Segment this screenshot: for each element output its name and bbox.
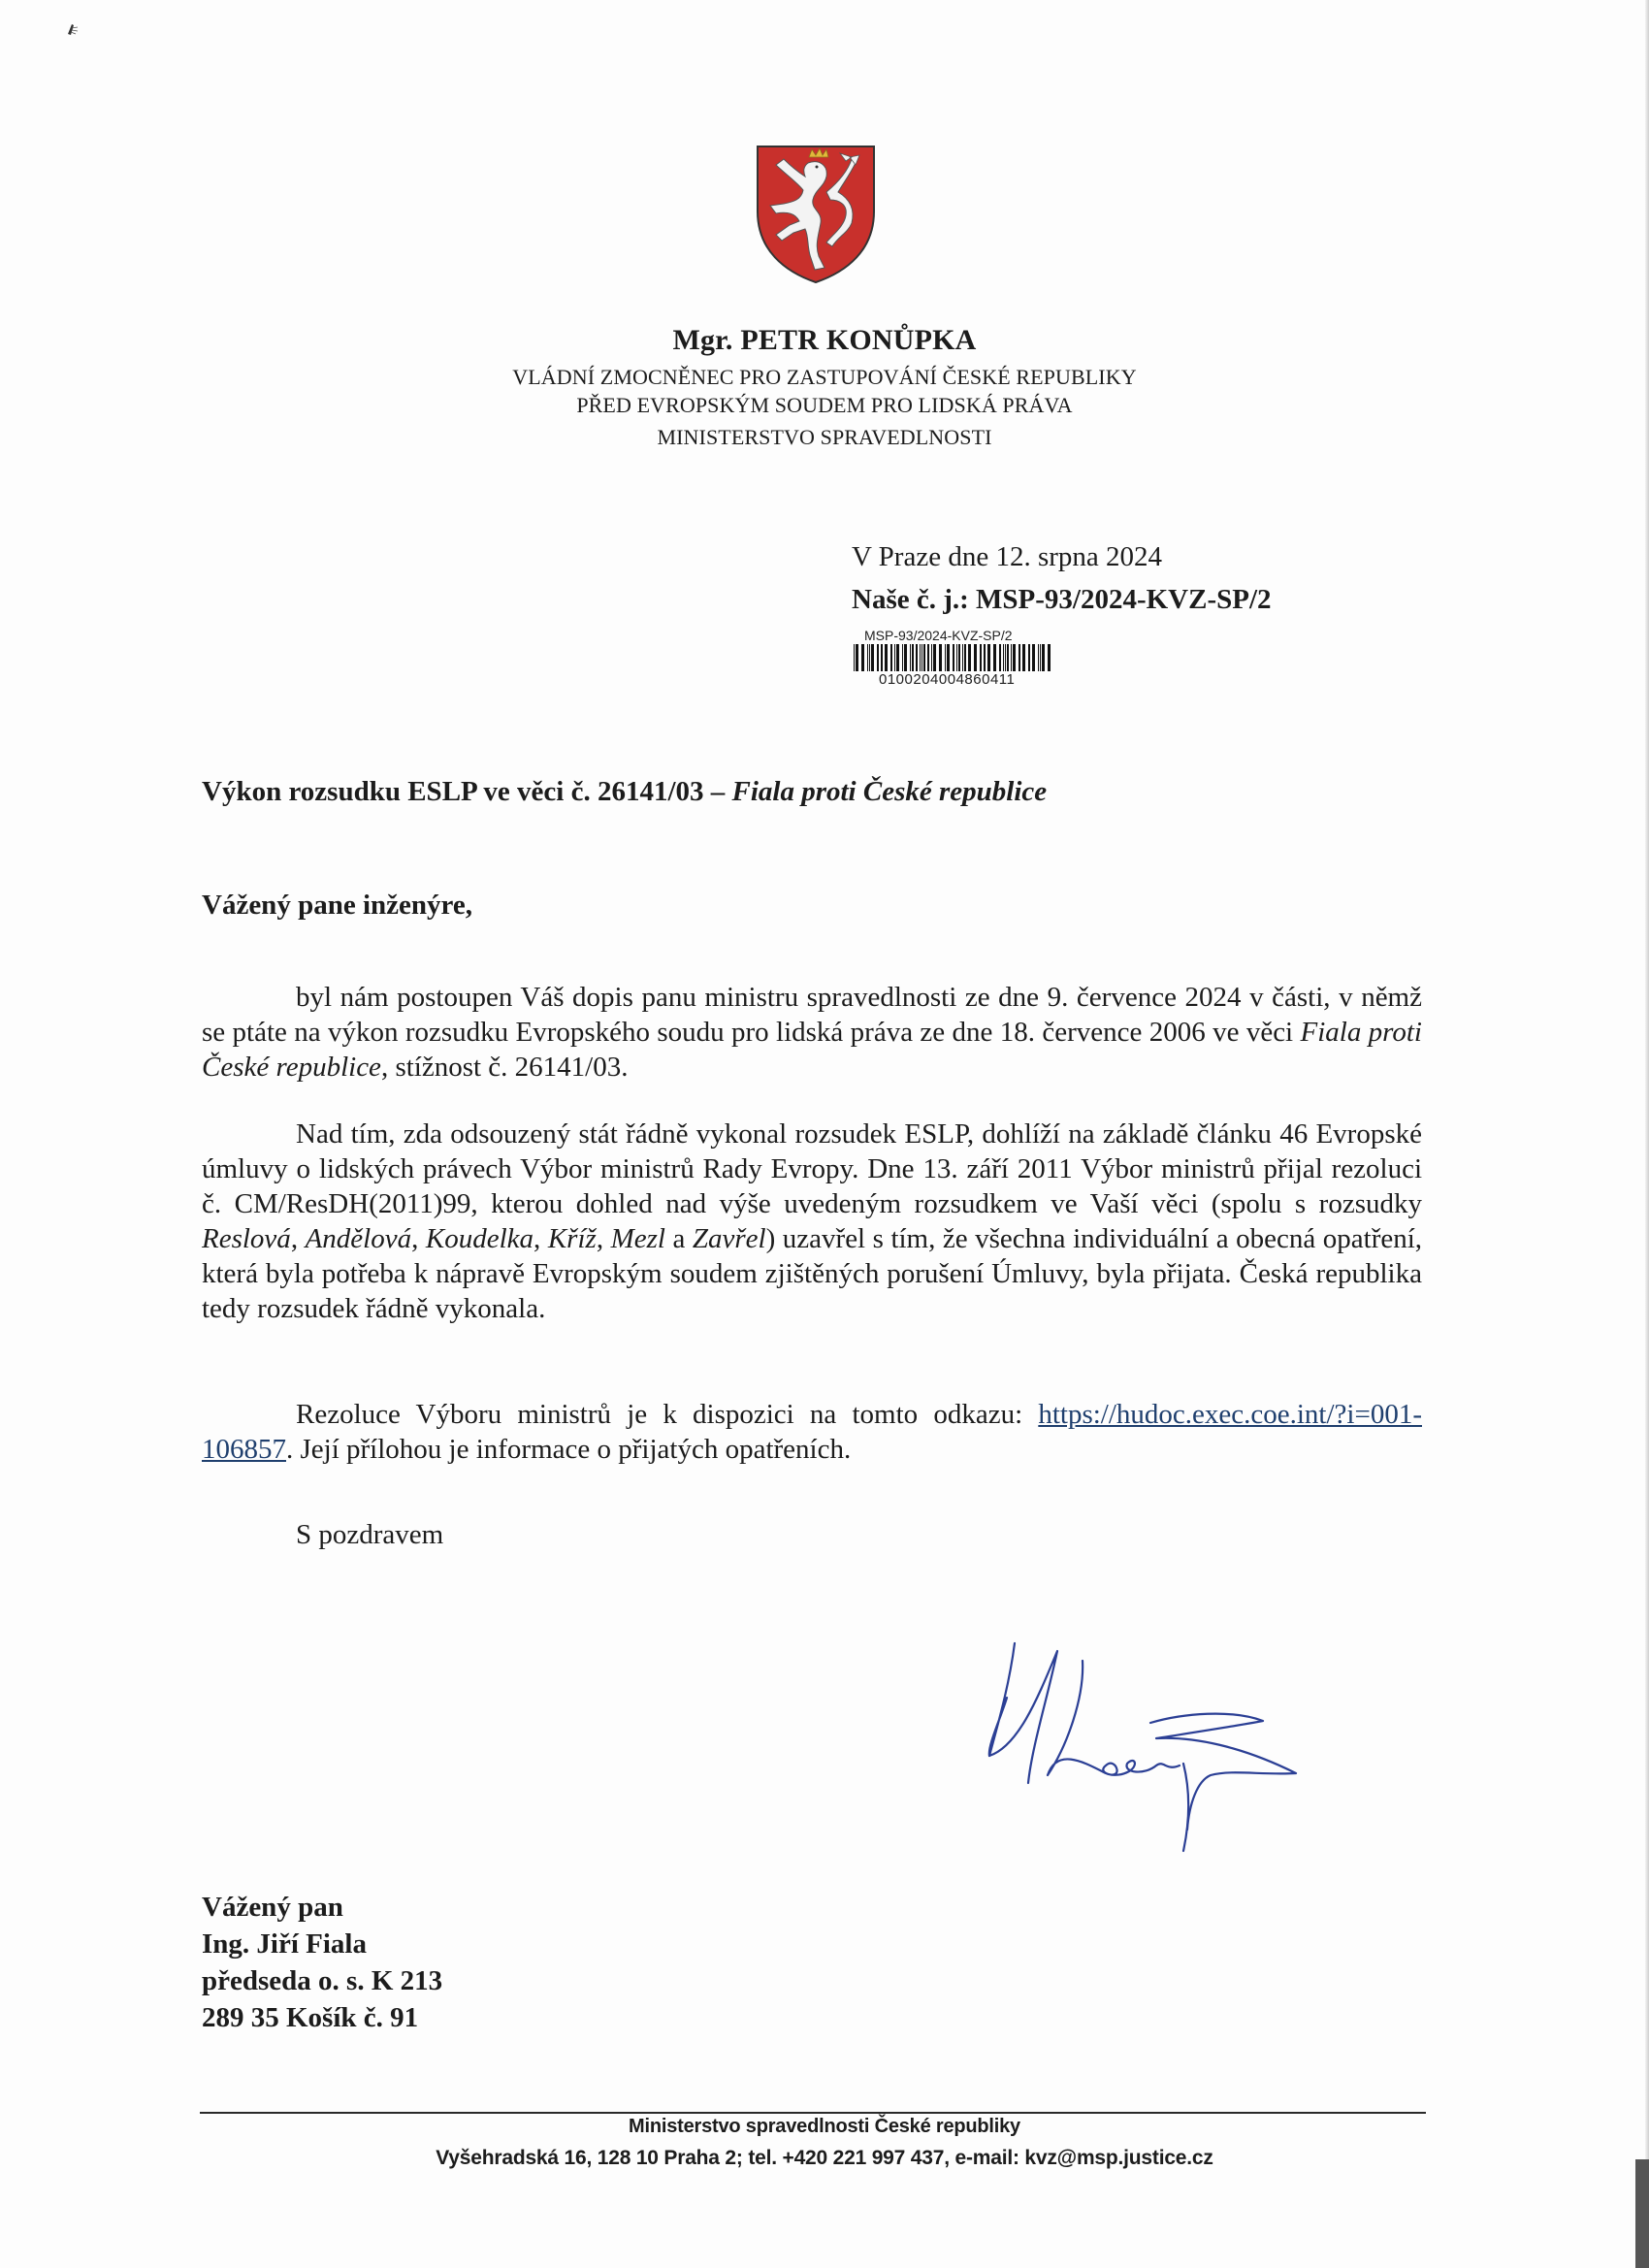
barcode-icon [854, 644, 1051, 671]
barcode-number: 0100204004860411 [879, 671, 1015, 688]
footer-contact: Vyšehradská 16, 128 10 Praha 2; tel. +42… [0, 2147, 1649, 2170]
scan-corner [1635, 2159, 1649, 2268]
sender-title-line: PŘED EVROPSKÝM SOUDEM PRO LIDSKÁ PRÁVA [0, 393, 1649, 418]
sender-institution: MINISTERSTVO SPRAVEDLNOSTI [0, 425, 1649, 450]
footer-divider [200, 2112, 1426, 2114]
case-name: Fiala proti České republice [732, 776, 1048, 807]
place-date: V Praze dne 12. srpna 2024 [852, 541, 1162, 573]
coat-of-arms-icon [755, 144, 877, 285]
case-name: Reslová [202, 1223, 291, 1254]
body-paragraph-3: Rezoluce Výboru ministrů je k dispozici … [202, 1397, 1422, 1467]
subject-text: Výkon rozsudku ESLP ve věci č. 26141/03 … [202, 776, 732, 807]
reference-number: Naše č. j.: MSP-93/2024-KVZ-SP/2 [852, 584, 1272, 616]
footer-institution: Ministerstvo spravedlnosti České republi… [0, 2116, 1649, 2138]
case-name: Andělová [306, 1223, 412, 1254]
case-name: Mezl [611, 1223, 665, 1254]
recipient-city: 289 35 Košík č. 91 [202, 1999, 442, 2036]
recipient-name: Ing. Jiří Fiala [202, 1926, 442, 1962]
recipient-salutation: Vážený pan [202, 1889, 442, 1926]
related-cases: Reslová, Andělová, Koudelka, Kříž, Mezl … [202, 1223, 766, 1254]
recipient-address: Vážený pan Ing. Jiří Fiala předseda o. s… [202, 1889, 442, 2036]
paragraph-text: Rezoluce Výboru ministrů je k dispozici … [296, 1399, 1038, 1430]
recipient-role: předseda o. s. K 213 [202, 1962, 442, 1999]
scan-speck [64, 21, 81, 39]
barcode-label: MSP-93/2024-KVZ-SP/2 [864, 628, 1013, 643]
signature [951, 1601, 1358, 1863]
paragraph-text: . Její přílohou je informace o přijatých… [286, 1434, 851, 1465]
sender-name: Mgr. PETR KONŮPKA [0, 324, 1649, 357]
case-name: Koudelka [426, 1223, 533, 1254]
case-name: Kříž [548, 1223, 597, 1254]
paragraph-text: , stížnost č. 26141/03. [381, 1052, 629, 1083]
salutation: Vážený pane inženýre, [202, 890, 472, 922]
closing: S pozdravem [296, 1519, 443, 1551]
paragraph-text: byl nám postoupen Váš dopis panu ministr… [202, 982, 1422, 1048]
paragraph-text: Nad tím, zda odsouzený stát řádně vykona… [202, 1118, 1422, 1219]
body-paragraph-1: byl nám postoupen Váš dopis panu ministr… [202, 980, 1422, 1085]
sender-title-line: VLÁDNÍ ZMOCNĚNEC PRO ZASTUPOVÁNÍ ČESKÉ R… [0, 365, 1649, 390]
body-paragraph-2: Nad tím, zda odsouzený stát řádně vykona… [202, 1117, 1422, 1326]
subject-line: Výkon rozsudku ESLP ve věci č. 26141/03 … [202, 776, 1047, 808]
case-name: Zavřel [693, 1223, 766, 1254]
